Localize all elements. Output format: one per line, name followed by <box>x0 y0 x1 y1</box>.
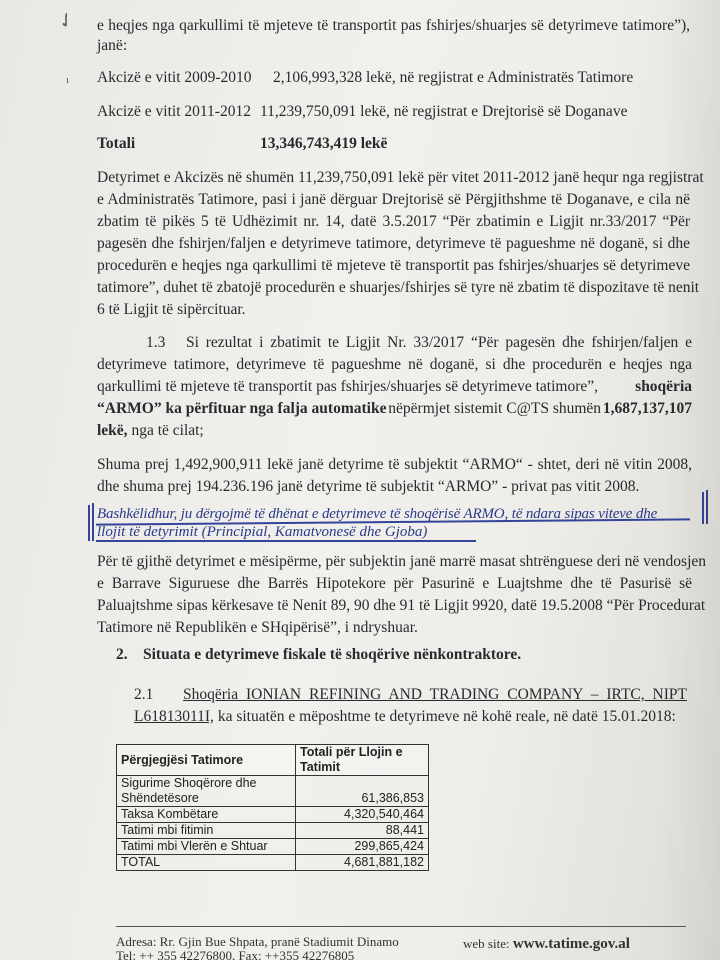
company-subheading: L61813011I, ka situatën e mëposhtme te d… <box>134 707 676 727</box>
intro-line-1: e heqjes nga qarkullimi të mjeteve të tr… <box>97 16 690 36</box>
paragraph1-line: 6 të Ligjit të sipërcituar. <box>97 300 246 320</box>
tax-type-cell: Sigurime Shoqërore dhe Shëndetësore <box>117 776 296 807</box>
nipt: L61813011I, <box>134 708 214 725</box>
excise-row-label: Akcizë e vitit 2009-2010 <box>97 68 252 88</box>
paragraph1-line: tatimore”, duhet të zbatojë procedurën e… <box>97 278 690 298</box>
table-row: Sigurime Shoqërore dhe Shëndetësore61,38… <box>117 776 429 807</box>
footer-website: web site: www.tatime.gov.al <box>463 936 630 953</box>
paragraph1-line: procedurën e heqjes nga qarkullimi të mj… <box>97 256 690 276</box>
paragraph1-line: zbatim të pikës 5 të Udhëzimit nr. 14, d… <box>97 212 690 232</box>
currency: lekë, <box>97 422 128 439</box>
tax-liabilities-table: Përgjegjësi Tatimore Totali për Llojin e… <box>116 744 429 871</box>
table-header-row: Përgjegjësi Tatimore Totali për Llojin e… <box>117 745 429 776</box>
pen-underline <box>96 540 476 542</box>
excise-row-amount: 11,239,750,091 lekë, në regjistrat e Dre… <box>260 102 627 122</box>
paragraph2-line: Shuma prej 1,492,900,911 lekë janë detyr… <box>97 455 692 475</box>
amount: 11,239,750,091 lekë, <box>260 103 390 120</box>
footer-phone: Tel: ++ 355 42276800, Fax: ++355 4227680… <box>116 948 354 960</box>
section-2-number: 2. <box>116 645 128 665</box>
web-label: web site: <box>463 936 510 951</box>
armo-benefit: “ARMO” ka përfituar nga falja automatike <box>97 399 386 419</box>
paragraph1-line: pagesën dhe fshirjen/faljen e detyrimeve… <box>97 234 690 254</box>
note: në regjistrat e Administratës Tatimore <box>400 69 634 86</box>
company-word: shoqëria <box>635 377 692 397</box>
web-url[interactable]: www.tatime.gov.al <box>513 936 630 952</box>
column-header: Totali për Llojin e Tatimit <box>296 745 429 776</box>
section-1-3-line: lekë, nga të cilat; <box>97 421 204 441</box>
intro-line-2: janë: <box>97 36 127 56</box>
tax-amount-cell: 4,320,540,464 <box>296 807 429 823</box>
pen-margin-bar <box>92 503 94 541</box>
pen-margin-bar <box>702 492 704 524</box>
table-row: Taksa Kombëtare4,320,540,464 <box>117 807 429 823</box>
amount: 2,106,993,328 lekë, <box>273 69 396 86</box>
total-amount: 13,346,743,419 lekë <box>260 134 387 154</box>
note: në regjistrat e Drejtorisë së Doganave <box>394 103 628 120</box>
tax-type-cell: Taksa Kombëtare <box>117 807 296 823</box>
handwritten-note-line: llojit të detyrimit (Principial, Kamatvo… <box>97 522 427 542</box>
benefit-amount: 1,687,137,107 <box>603 399 692 419</box>
pen-check-mark: ✓ <box>52 5 80 35</box>
pen-margin-bar <box>706 490 708 524</box>
text: nëpërmjet sistemit C@TS shumën <box>388 399 601 419</box>
total-label: Totali <box>97 134 135 154</box>
section-1-3-line: “ARMO” ka përfituar nga falja automatike… <box>97 399 692 419</box>
column-header: Përgjegjësi Tatimore <box>117 745 296 776</box>
tax-amount-cell: 88,441 <box>296 823 429 839</box>
section-1-3-number: 1.3 <box>146 333 165 353</box>
paragraph3-line: e Barrave Siguruese dhe Barrës Hipotekor… <box>97 574 692 594</box>
paragraph3-line: Tatimore në Republikën e SHqipërisë”, i … <box>97 618 418 638</box>
footer-divider <box>116 926 686 927</box>
paragraph1-line: e Administratës Tatimore, pasi i janë dë… <box>97 190 690 210</box>
section-1-3-line: detyrimeve tatimore, detyrimeve të pague… <box>97 355 692 375</box>
paragraph1-line: Detyrimet e Akcizës në shumën 11,239,750… <box>97 168 690 188</box>
section-1-3-line: Si rezultat i zbatimit te Ligjit Nr. 33/… <box>186 333 692 353</box>
table-row: Tatimi mbi fitimin88,441 <box>117 823 429 839</box>
paragraph2-line: dhe shuma prej 194.236.196 janë detyrime… <box>97 477 639 497</box>
excise-row-label: Akcizë e vitit 2011-2012 <box>97 102 251 122</box>
paragraph3-line: Paluajtshme sipas kërkesave të Nenit 89,… <box>97 596 692 616</box>
company-heading: Shoqëria IONIAN REFINING AND TRADING COM… <box>183 685 687 705</box>
text: qarkullimi të mjeteve të transportit pas… <box>97 377 598 397</box>
excise-row-amount: 2,106,993,328 lekë, në regjistrat e Admi… <box>273 68 633 88</box>
tax-amount-cell: 61,386,853 <box>296 776 429 807</box>
text: nga të cilat; <box>131 422 203 439</box>
table-row: TOTAL4,681,881,182 <box>117 855 429 871</box>
paragraph3-line: Për të gjithë detyrimet e mësipërme, për… <box>97 552 692 572</box>
tax-type-cell: Tatimi mbi fitimin <box>117 823 296 839</box>
scanned-document-page: ✓ ı e heqjes nga qarkullimi të mjeteve t… <box>0 0 720 960</box>
tax-type-cell: Tatimi mbi Vlerën e Shtuar <box>117 839 296 855</box>
section-2-title: Situata e detyrimeve fiskale të shoqëriv… <box>143 645 521 665</box>
section-1-3-line: qarkullimi të mjeteve të transportit pas… <box>97 377 692 397</box>
page-shadow <box>660 0 720 960</box>
tax-type-cell: TOTAL <box>117 855 296 871</box>
pen-margin-bar <box>88 505 90 541</box>
pen-dot-mark: ı <box>66 75 69 86</box>
tax-amount-cell: 299,865,424 <box>296 839 429 855</box>
section-2-1-number: 2.1 <box>134 685 153 705</box>
tax-amount-cell: 4,681,881,182 <box>296 855 429 871</box>
table-row: Tatimi mbi Vlerën e Shtuar299,865,424 <box>117 839 429 855</box>
text: ka situatën e mëposhtme te detyrimeve në… <box>218 708 676 725</box>
